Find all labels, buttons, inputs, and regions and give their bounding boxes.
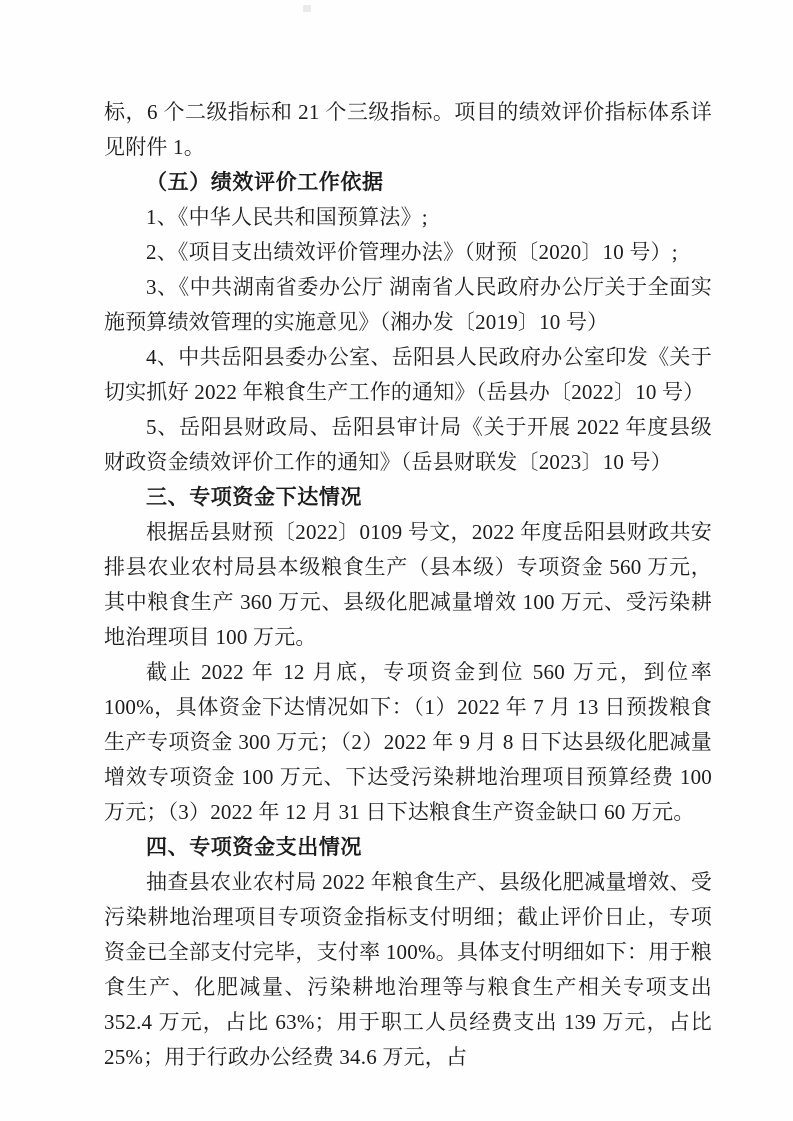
list-item-basis-1: 1、《中华人民共和国预算法》; <box>104 200 712 235</box>
paragraph-fund-expenditure-detail: 抽查县农业农村局 2022 年粮食生产、县级化肥减量增效、受污染耕地治理项目专项… <box>104 865 712 1075</box>
page-number: 3 <box>0 1046 793 1066</box>
list-item-basis-3: 3、《中共湖南省委办公厅 湖南省人民政府办公厅关于全面实施预算绩效管理的实施意见… <box>104 270 712 340</box>
list-item-basis-2: 2、《项目支出绩效评价管理办法》（财预〔2020〕10 号）; <box>104 235 712 270</box>
section-heading-fund-allocation: 三、专项资金下达情况 <box>104 480 712 515</box>
paragraph-fund-allocation-overview: 根据岳县财预〔2022〕0109 号文，2022 年度岳阳县财政共安排县农业农村… <box>104 515 712 655</box>
list-item-basis-4: 4、中共岳阳县委办公室、岳阳县人民政府办公室印发《关于切实抓好 2022 年粮食… <box>104 340 712 410</box>
document-body: 标，6 个二级指标和 21 个三级指标。项目的绩效评价指标体系详见附件 1。 （… <box>104 95 712 1075</box>
section-heading-evaluation-basis: （五）绩效评价工作依据 <box>104 165 712 200</box>
document-page: 标，6 个二级指标和 21 个三级指标。项目的绩效评价指标体系详见附件 1。 （… <box>0 0 793 1121</box>
section-heading-fund-expenditure: 四、专项资金支出情况 <box>104 830 712 865</box>
list-item-basis-5: 5、岳阳县财政局、岳阳县审计局《关于开展 2022 年度县级财政资金绩效评价工作… <box>104 410 712 480</box>
paragraph-fund-allocation-detail: 截止 2022 年 12 月底，专项资金到位 560 万元，到位率 100%，具… <box>104 655 712 830</box>
paragraph-continued-indicator-system: 标，6 个二级指标和 21 个三级指标。项目的绩效评价指标体系详见附件 1。 <box>104 95 712 165</box>
scan-artifact <box>303 5 311 12</box>
